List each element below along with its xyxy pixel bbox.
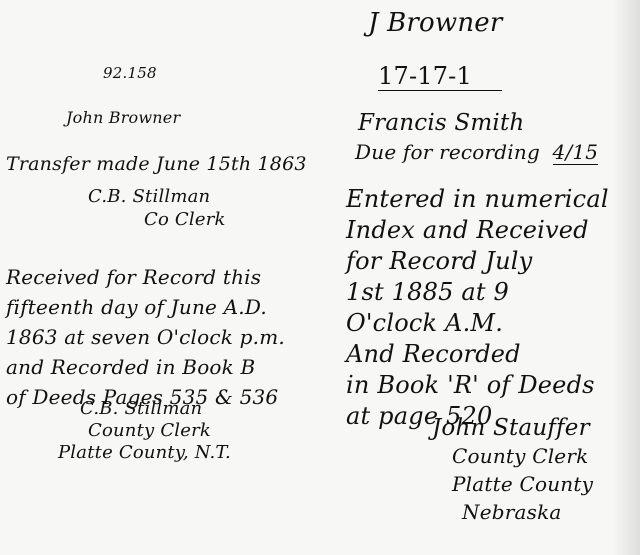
- paragraph-line: fifteenth day of June A.D.: [6, 292, 285, 322]
- paragraph-line: And Recorded: [346, 339, 609, 370]
- due-amount: 4/15: [553, 140, 599, 165]
- paragraph-line: and Recorded in Book B: [6, 352, 285, 382]
- left-signature-2: C.B. Stillman County Clerk Platte County…: [58, 398, 231, 464]
- paragraph-line: Index and Received: [346, 215, 609, 246]
- right-signature: John Stauffer County Clerk Platte County…: [432, 414, 593, 526]
- signature-name: C.B. Stillman: [88, 186, 226, 207]
- paragraph-line: O'clock A.M.: [346, 308, 609, 339]
- paragraph-line: 1st 1885 at 9: [346, 277, 609, 308]
- paragraph-line: for Record July: [346, 246, 609, 277]
- paragraph-line: in Book 'R' of Deeds: [346, 370, 609, 401]
- left-record-number: 92.158: [103, 64, 157, 82]
- signature-name: C.B. Stillman: [80, 398, 231, 420]
- right-record-number: 17-17-1: [378, 62, 502, 91]
- due-line: Due for recording 4/15: [355, 140, 598, 164]
- signature-title: County Clerk: [452, 442, 593, 470]
- signature-state: Nebraska: [462, 498, 593, 526]
- grantor-name: Francis Smith: [358, 110, 524, 136]
- signature-county: Platte County: [452, 470, 593, 498]
- page-edge-shadow: [612, 0, 640, 555]
- signature-title: Co Clerk: [144, 209, 226, 230]
- left-grantee-name: John Browner: [66, 108, 180, 127]
- signature-place: Platte County, N.T.: [58, 442, 231, 464]
- right-grantee-name: J Browner: [368, 8, 503, 38]
- left-signature-1: C.B. Stillman Co Clerk: [88, 186, 226, 230]
- received-for-record-paragraph: Received for Record this fifteenth day o…: [6, 262, 285, 412]
- transfer-line: Transfer made June 15th 1863: [6, 153, 307, 175]
- entered-paragraph: Entered in numerical Index and Received …: [346, 184, 609, 432]
- paragraph-line: 1863 at seven O'clock p.m.: [6, 322, 285, 352]
- paragraph-line: Received for Record this: [6, 262, 285, 292]
- paragraph-line: Entered in numerical: [346, 184, 609, 215]
- due-label: Due for recording: [355, 140, 540, 164]
- signature-name: John Stauffer: [432, 414, 593, 442]
- signature-title: County Clerk: [88, 420, 231, 442]
